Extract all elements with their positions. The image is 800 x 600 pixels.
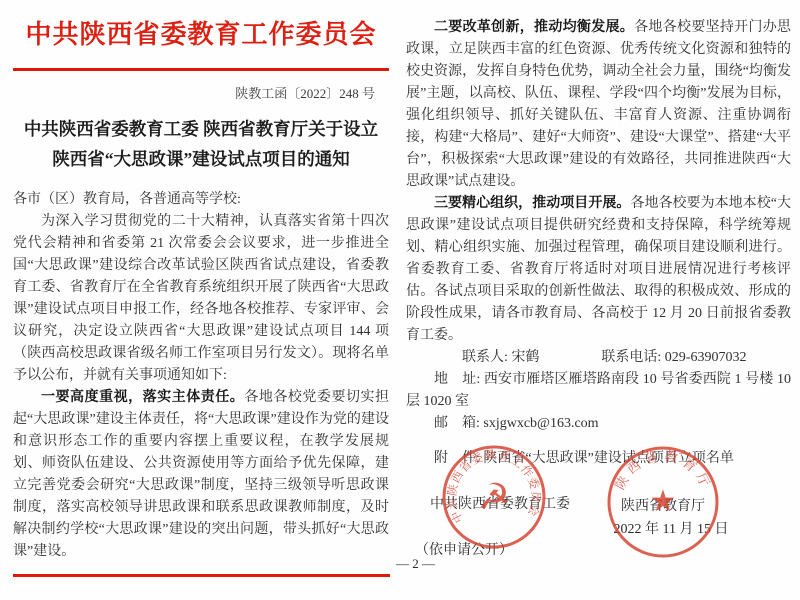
- document-page-1: 中共陕西省委教育工作委员会 陕教工函〔2022〕248 号 中共陕西省委教育工委…: [0, 0, 400, 600]
- page1-body: 各市（区）教育局，各普通高等学校: 为深入学习贯彻党的二十大精神，认真落实省第十…: [13, 189, 389, 563]
- paragraph-point-1: 一要高度重视，落实主体责任。各地各校党委要切实担起“大思政课”建设主体责任，将“…: [13, 387, 389, 563]
- paragraph-intro: 为深入学习贯彻党的二十大精神，认真落实省第十四次党代会精神和省委第 21 次常委…: [13, 211, 389, 387]
- official-seal-education-department-icon: 陕西省教育厅 ★: [604, 443, 722, 561]
- contact-line: 联系人: 宋鹤联系电话: 029-63907032: [406, 347, 791, 369]
- red-letterhead-title: 中共陕西省委教育工作委员会: [13, 15, 389, 55]
- paragraph-point-3: 三要精心组织，推动项目开展。各地各校要为本地本校“大思政课”建设试点项目提供研究…: [406, 193, 791, 347]
- document-page-2: 二要改革创新，推动均衡发展。各地各校要坚持开门办思政课，立足陕西丰富的红色资源、…: [400, 0, 800, 600]
- contact-address: 地 址: 西安市雁塔区雁塔路南段 10 号省委西院 1 号楼 10 层 1020…: [406, 369, 791, 413]
- paragraph-point-3-lead: 三要精心组织，推动项目开展。: [434, 196, 630, 211]
- contact-phone: 联系电话: 029-63907032: [573, 347, 746, 369]
- page1-footer-red-rule: [13, 574, 390, 577]
- document-title: 中共陕西省委教育工委 陕西省教育厅关于设立 陕西省“大思政课”建设试点项目的通知: [13, 114, 389, 174]
- document-number: 陕教工函〔2022〕248 号: [13, 84, 389, 103]
- page-number: — 2 —: [396, 556, 435, 572]
- paragraph-point-2-text: 各地各校要坚持开门办思政课，立足陕西丰富的红色资源、优秀传统文化资源和独特的校史…: [406, 20, 791, 189]
- paragraph-point-1-text: 各地各校党委要切实担起“大思政课”建设主体责任，将“大思政课”建设作为党的建设和…: [13, 390, 389, 559]
- salutation: 各市（区）教育局，各普通高等学校:: [13, 189, 389, 211]
- document-viewer: 中共陕西省委教育工作委员会 陕教工函〔2022〕248 号 中共陕西省委教育工委…: [0, 0, 800, 600]
- official-seal-party-committee-icon: 中共陕西省委教育工作委员会 ☭: [438, 441, 550, 553]
- letterhead-red-rule: [13, 68, 389, 71]
- hammer-sickle-icon: ☭: [478, 477, 510, 518]
- paragraph-point-3-text: 各地各校要为本地本校“大思政课”建设试点项目提供研究经费和支持保障，科学统筹规划…: [406, 196, 791, 343]
- contact-email: 邮 箱: sxjgwxcb@163.com: [406, 413, 791, 435]
- document-title-line1: 中共陕西省委教育工委 陕西省教育厅关于设立: [13, 114, 389, 144]
- paragraph-point-1-lead: 一要高度重视，落实主体责任。: [41, 390, 244, 405]
- star-icon: ★: [650, 484, 677, 519]
- paragraph-point-2: 二要改革创新，推动均衡发展。各地各校要坚持开门办思政课，立足陕西丰富的红色资源、…: [406, 17, 791, 193]
- page2-body: 二要改革创新，推动均衡发展。各地各校要坚持开门办思政课，立足陕西丰富的红色资源、…: [406, 17, 791, 470]
- document-title-line2: 陕西省“大思政课”建设试点项目的通知: [13, 144, 389, 174]
- paragraph-point-2-lead: 二要改革创新，推动均衡发展。: [434, 20, 634, 35]
- contact-person: 联系人: 宋鹤: [434, 347, 539, 369]
